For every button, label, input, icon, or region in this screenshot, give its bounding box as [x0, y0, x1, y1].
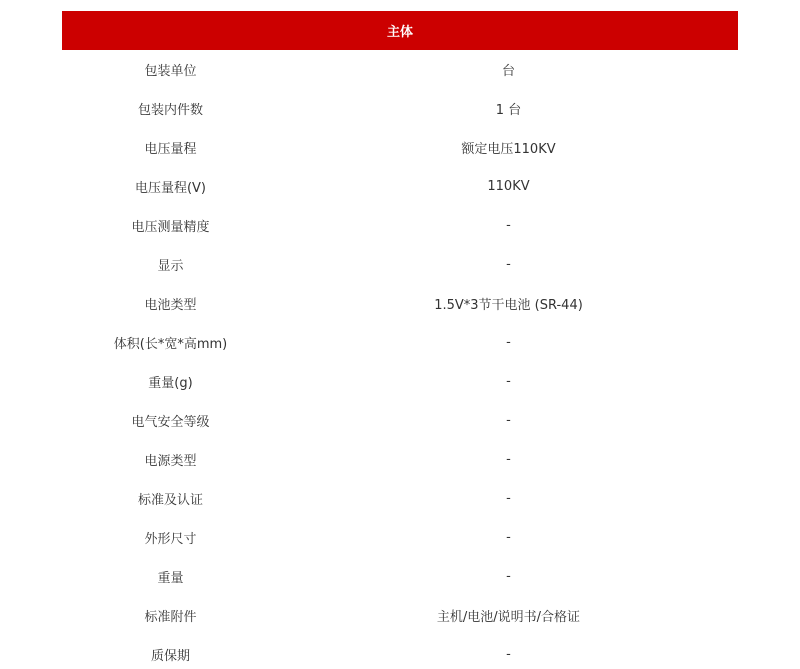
spec-value: 1 台 — [279, 99, 738, 118]
spec-row: 显示- — [62, 245, 738, 284]
spec-label: 标准及认证 — [62, 489, 279, 508]
spec-value: - — [279, 257, 738, 272]
spec-label: 电压量程 — [62, 138, 279, 157]
spec-row: 电气安全等级- — [62, 401, 738, 440]
spec-row: 包装单位台 — [62, 50, 738, 89]
spec-value: - — [279, 452, 738, 467]
spec-value: - — [279, 491, 738, 506]
spec-row: 标准附件主机/电池/说明书/合格证 — [62, 596, 738, 635]
spec-label: 体积(长*宽*高mm) — [62, 333, 279, 352]
spec-value: - — [279, 335, 738, 350]
spec-row: 电源类型- — [62, 440, 738, 479]
spec-label: 重量 — [62, 567, 279, 586]
spec-label: 电源类型 — [62, 450, 279, 469]
spec-row: 电压量程(V)110KV — [62, 167, 738, 206]
section-header: 主体 — [62, 11, 738, 50]
spec-value: 主机/电池/说明书/合格证 — [279, 606, 738, 625]
spec-table: 包装单位台 包装内件数1 台 电压量程额定电压110KV 电压量程(V)110K… — [62, 50, 738, 669]
spec-value: - — [279, 647, 738, 662]
spec-row: 电压量程额定电压110KV — [62, 128, 738, 167]
spec-value: - — [279, 218, 738, 233]
spec-label: 电池类型 — [62, 294, 279, 313]
spec-label: 标准附件 — [62, 606, 279, 625]
spec-row: 质保期- — [62, 635, 738, 669]
spec-row: 重量(g)- — [62, 362, 738, 401]
spec-row: 外形尺寸- — [62, 518, 738, 557]
spec-row: 包装内件数1 台 — [62, 89, 738, 128]
spec-label: 外形尺寸 — [62, 528, 279, 547]
spec-value: - — [279, 569, 738, 584]
spec-value: 额定电压110KV — [279, 138, 738, 157]
spec-label: 质保期 — [62, 645, 279, 664]
spec-label: 包装内件数 — [62, 99, 279, 118]
spec-label: 显示 — [62, 255, 279, 274]
spec-row: 体积(长*宽*高mm)- — [62, 323, 738, 362]
spec-row: 标准及认证- — [62, 479, 738, 518]
spec-row: 重量- — [62, 557, 738, 596]
spec-value: 台 — [279, 60, 738, 79]
section-title: 主体 — [387, 21, 413, 40]
spec-row: 电压测量精度- — [62, 206, 738, 245]
spec-label: 电压测量精度 — [62, 216, 279, 235]
spec-value: - — [279, 530, 738, 545]
spec-value: - — [279, 413, 738, 428]
spec-label: 电气安全等级 — [62, 411, 279, 430]
spec-value: 110KV — [279, 179, 738, 194]
spec-label: 包装单位 — [62, 60, 279, 79]
spec-label: 电压量程(V) — [62, 177, 279, 196]
spec-value: - — [279, 374, 738, 389]
spec-value: 1.5V*3节干电池 (SR-44) — [279, 294, 738, 313]
spec-label: 重量(g) — [62, 372, 279, 391]
spec-row: 电池类型1.5V*3节干电池 (SR-44) — [62, 284, 738, 323]
